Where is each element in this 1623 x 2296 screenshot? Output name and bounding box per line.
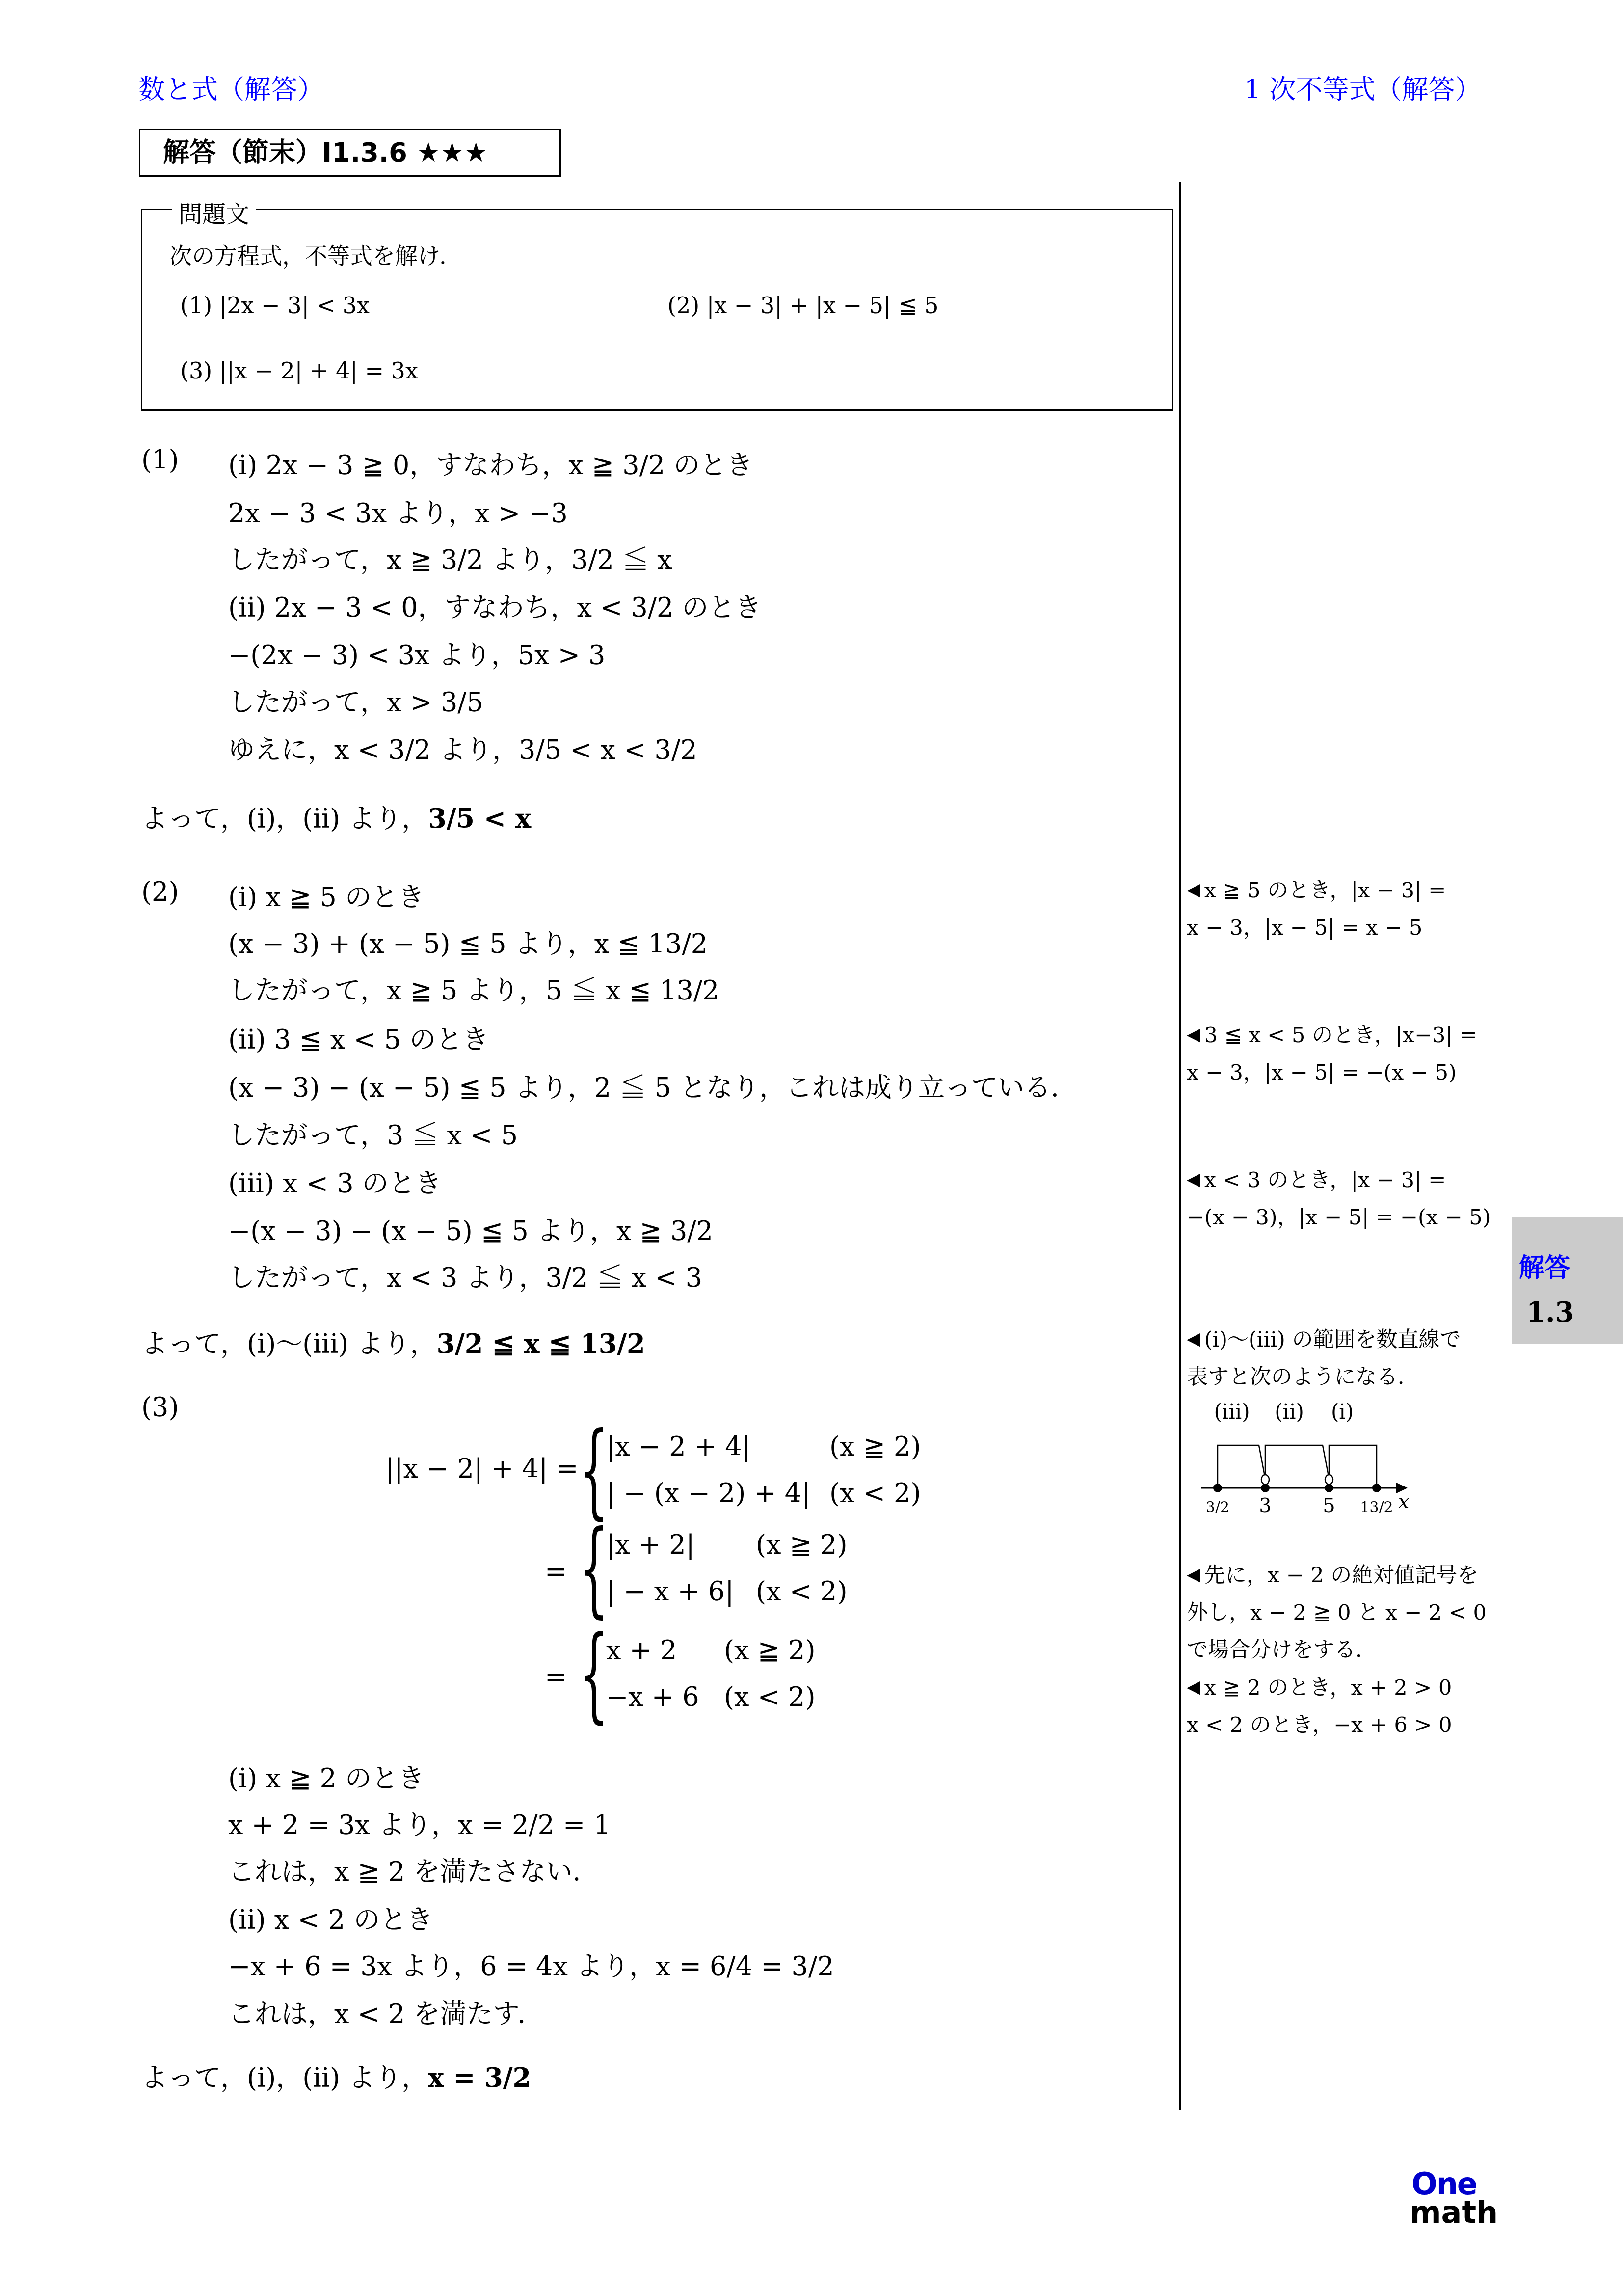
part1-line: ゆえに，x < 3/2 より，3/5 < x < 3/2	[228, 729, 697, 767]
final-answer: x = 3/2	[428, 2062, 531, 2093]
part3-lhs: ||x − 2| + 4| =	[385, 1453, 579, 1484]
range-label: (i)	[1331, 1400, 1354, 1424]
problem-item-2: (2) |x − 3| + |x − 5| ≦ 5	[667, 292, 939, 319]
case-expr: |x + 2|	[606, 1529, 695, 1560]
part2-line: (i) x ≧ 5 のとき	[228, 876, 425, 914]
part1-line: したがって，x > 3/5	[228, 681, 483, 719]
side-note: ◀x < 3 のとき，|x − 3| = −(x − 3)，|x − 5| = …	[1187, 1161, 1490, 1236]
part2-line: (x − 3) + (x − 5) ≦ 5 より，x ≦ 13/2	[228, 923, 708, 961]
part1-line: 2x − 3 < 3x より，x > −3	[228, 492, 568, 530]
problem-item-1: (1) |2x − 3| < 3x	[180, 292, 370, 319]
problem-legend: 問題文	[172, 195, 256, 229]
part2-line: (ii) 3 ≦ x < 5 のとき	[228, 1019, 489, 1056]
range-label: (ii)	[1275, 1400, 1304, 1424]
part1-line: (ii) 2x − 3 < 0，すなわち，x < 3/2 のとき	[228, 587, 762, 624]
section-tab-label: 解答	[1519, 1247, 1570, 1284]
tick-label: 3/2	[1206, 1499, 1229, 1516]
part1-conclusion: よって，(i)，(ii) より，3/5 < x	[141, 798, 531, 836]
part2-conclusion: よって，(i)〜(iii) より，3/2 ≦ x ≦ 13/2	[141, 1323, 645, 1361]
part3-line: x + 2 = 3x より，x = 2/2 = 1	[228, 1804, 611, 1842]
tick-label: 3	[1259, 1494, 1271, 1517]
header-chapter: 数と式（解答）	[138, 69, 324, 107]
side-note: ◀x ≧ 5 のとき，|x − 3| = x − 3，|x − 5| = x −…	[1187, 871, 1446, 946]
final-answer: 3/2 ≦ x ≦ 13/2	[436, 1328, 645, 1359]
part3-line: −x + 6 = 3x より，6 = 4x より，x = 6/4 = 3/2	[228, 1945, 834, 1983]
part3-line: (i) x ≧ 2 のとき	[228, 1757, 425, 1795]
part2-line: したがって，x < 3 より，3/2 ≦ x < 3	[228, 1257, 702, 1295]
part2-line: (iii) x < 3 のとき	[228, 1162, 442, 1200]
problem-title: 解答（節末）I1.3.6 ★★★	[139, 129, 561, 177]
case-expr: | − (x − 2) + 4|	[606, 1478, 810, 1509]
axis-label: x	[1398, 1490, 1410, 1513]
triangle-left-icon: ◀	[1187, 1025, 1200, 1045]
tick-label: 5	[1323, 1494, 1335, 1517]
header-section: 1 次不等式（解答）	[1244, 69, 1482, 107]
triangle-left-icon: ◀	[1187, 1565, 1200, 1585]
part2-line: したがって，x ≧ 5 より，5 ≦ x ≦ 13/2	[228, 970, 719, 1007]
case-cond: (x < 2)	[829, 1478, 921, 1509]
equals: =	[545, 1556, 567, 1587]
case-expr: x + 2	[606, 1635, 677, 1666]
part3-conclusion: よって，(i)，(ii) より，x = 3/2	[141, 2057, 531, 2095]
part2-label: (2)	[141, 876, 179, 907]
case-cond: (x ≧ 2)	[756, 1529, 848, 1560]
part3-line: (ii) x < 2 のとき	[228, 1899, 433, 1937]
case-expr: | − x + 6|	[606, 1576, 734, 1607]
problem-item-3: (3) ||x − 2| + 4| = 3x	[180, 357, 418, 384]
logo-math: math	[1410, 2194, 1498, 2230]
case-cond: (x < 2)	[756, 1576, 848, 1607]
triangle-left-icon: ◀	[1187, 1169, 1200, 1189]
side-note: ◀先に，x − 2 の絶対値記号を 外し，x − 2 ≧ 0 と x − 2 <…	[1187, 1556, 1487, 1744]
part1-line: したがって，x ≧ 3/2 より，3/2 ≦ x	[228, 539, 672, 577]
part3-label: (3)	[141, 1392, 179, 1423]
case-expr: −x + 6	[606, 1681, 699, 1712]
triangle-left-icon: ◀	[1187, 880, 1200, 900]
left-brace: {	[579, 1622, 609, 1726]
tick-label: 13/2	[1360, 1499, 1393, 1516]
part1-line: (i) 2x − 3 ≧ 0，すなわち，x ≧ 3/2 のとき	[228, 444, 753, 482]
part1-line: −(2x − 3) < 3x より，5x > 3	[228, 634, 605, 672]
range-label: (iii)	[1214, 1400, 1250, 1424]
case-cond: (x ≧ 2)	[829, 1431, 921, 1462]
section-tab-number: 1.3	[1526, 1296, 1574, 1328]
side-note: ◀(i)〜(iii) の範囲を数直線で 表すと次のようになる．	[1187, 1321, 1461, 1396]
part2-line: したがって，3 ≦ x < 5	[228, 1114, 518, 1152]
left-brace: {	[579, 1517, 609, 1620]
part2-line: (x − 3) − (x − 5) ≦ 5 より，2 ≦ 5 となり，これは成り…	[228, 1067, 1077, 1105]
triangle-left-icon: ◀	[1187, 1677, 1200, 1697]
part3-line: これは，x ≧ 2 を満たさない．	[228, 1851, 599, 1889]
case-expr: |x − 2 + 4|	[606, 1431, 751, 1462]
left-brace: {	[579, 1419, 609, 1522]
part1-label: (1)	[141, 444, 179, 475]
problem-instruction: 次の方程式，不等式を解け．	[169, 238, 462, 270]
equals: =	[545, 1662, 567, 1693]
conclusion-prefix: よって，(i)，(ii) より，	[141, 803, 428, 834]
side-note: ◀3 ≦ x < 5 のとき，|x−3| = x − 3，|x − 5| = −…	[1187, 1016, 1477, 1091]
case-cond: (x ≧ 2)	[724, 1635, 816, 1666]
case-cond: (x < 2)	[724, 1681, 816, 1712]
number-line-diagram: (iii) (ii) (i) 3/2 3 5 13/2 x	[1188, 1394, 1482, 1537]
column-divider	[1179, 182, 1181, 2110]
conclusion-prefix: よって，(i)，(ii) より，	[141, 2062, 428, 2093]
final-answer: 3/5 < x	[428, 803, 531, 834]
triangle-left-icon: ◀	[1187, 1329, 1200, 1349]
conclusion-prefix: よって，(i)〜(iii) より，	[141, 1328, 436, 1359]
part3-line: これは，x < 2 を満たす．	[228, 1993, 544, 2031]
part2-line: −(x − 3) − (x − 5) ≦ 5 より，x ≧ 3/2	[228, 1210, 713, 1248]
